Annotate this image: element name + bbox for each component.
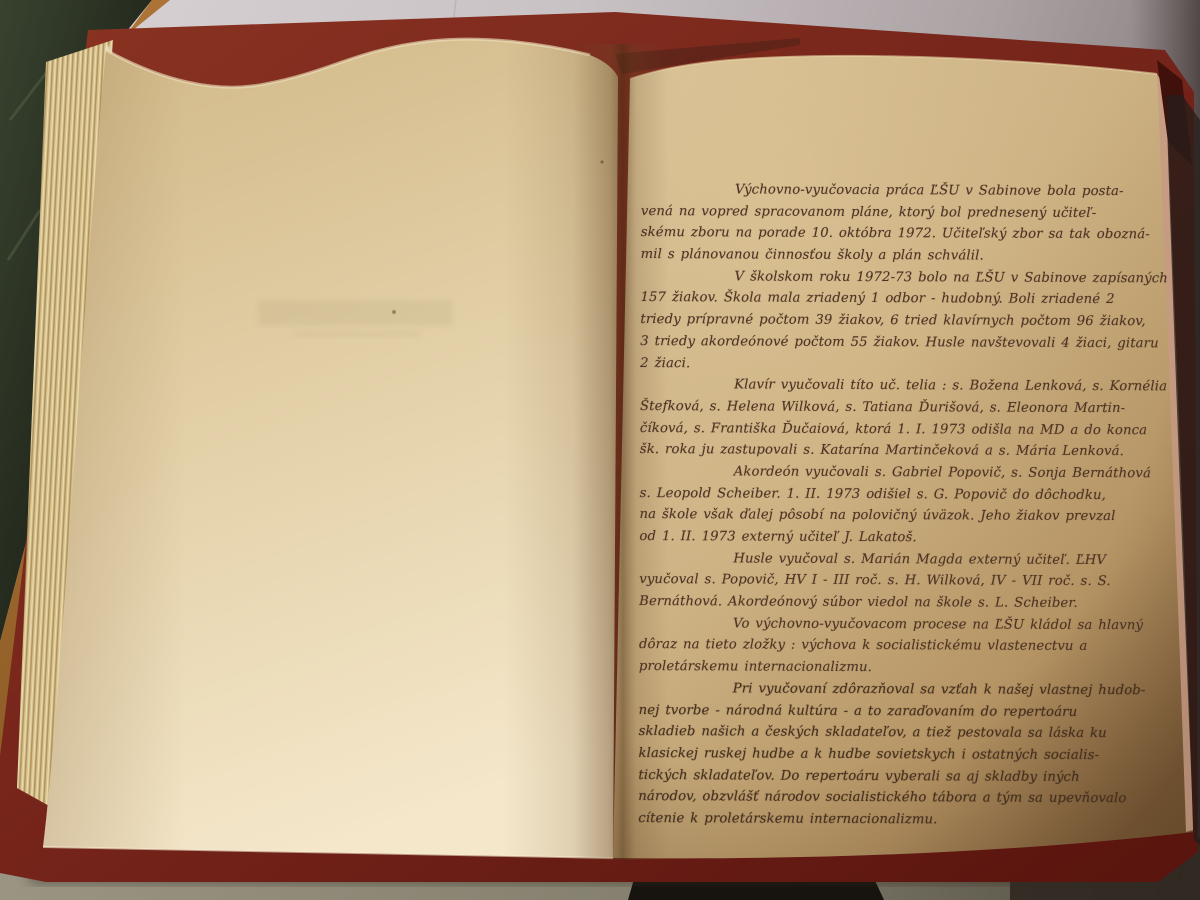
handwritten-line: mil s plánovanou činnosťou školy a plán … [641,244,1137,268]
handwritten-line: vená na vopred spracovanom pláne, ktorý … [641,201,1137,225]
handwritten-line: skému zboru na porade 10. októbra 1972. … [641,222,1137,246]
handwritten-line: Výchovno-vyučovacia práca ĽŠU v Sabinove… [641,179,1137,203]
handwritten-line: Vo výchovno-vyučovacom procese na ĽŠU kl… [639,613,1135,637]
page-speck [392,310,396,314]
handwritten-line: 2 žiaci. [640,352,1136,376]
handwritten-line: 3 triedy akordeónové počtom 55 žiakov. H… [640,331,1136,355]
handwritten-line: nej tvorbe - národná kultúra - a to zara… [639,699,1135,723]
handwritten-line: cítenie k proletárskemu internacionalizm… [638,808,1134,832]
handwritten-line: Štefková, s. Helena Wilková, s. Tatiana … [640,396,1136,420]
handwritten-line: Husle vyučoval s. Marián Magda externý u… [639,548,1135,572]
ghost-bleedthrough-smudge2 [295,330,420,338]
handwritten-line: vyučoval s. Popovič, HV I - III roč. s. … [639,569,1135,593]
handwritten-line: Akordeón vyučovali s. Gabriel Popovič, s… [640,461,1136,485]
handwritten-line: národov, obzvlášť národov socialistickéh… [638,786,1134,810]
handwritten-line: V školskom roku 1972-73 bolo na ĽŠU v Sa… [641,266,1137,290]
handwritten-line: skladieb našich a českých skladateľov, a… [639,721,1135,745]
handwritten-line: šk. roka ju zastupovali s. Katarína Mart… [640,439,1136,463]
handwritten-line: Pri vyučovaní zdôrazňoval sa vzťah k naš… [639,678,1135,702]
handwritten-line: Bernáthová. Akordeónový súbor viedol na … [639,591,1135,615]
right-page-handwritten-text: Výchovno-vyučovacia práca ĽŠU v Sabinove… [638,179,1137,832]
handwritten-line: proletárskemu internacionalizmu. [639,656,1135,680]
handwritten-line: 157 žiakov. Škola mala zriadený 1 odbor … [640,287,1136,311]
handwritten-line: klasickej ruskej hudbe a k hudbe soviets… [638,743,1134,767]
handwritten-line: na škole však ďalej pôsobí na polovičný … [639,504,1135,528]
handwritten-line: s. Leopold Scheiber. 1. II. 1973 odišiel… [640,483,1136,507]
handwritten-line: dôraz na tieto zložky : výchova k social… [639,634,1135,658]
left-page-shading [43,39,618,858]
handwritten-line: tických skladateľov. Do repertoáru vyber… [638,765,1134,789]
handwritten-line: číková, s. Františka Ďučaiová, ktorá 1. … [640,418,1136,442]
handwritten-line: triedy prípravné počtom 39 žiakov, 6 tri… [640,309,1136,333]
photo-open-chronicle-book: Výchovno-vyučovacia práca ĽŠU v Sabinove… [0,0,1200,900]
handwritten-line: od 1. II. 1973 externý učiteľ J. Lakatoš… [639,526,1135,550]
handwritten-line: Klavír vyučovali títo uč. telia : s. Bož… [640,374,1136,398]
ghost-bleedthrough-smudge [258,300,453,326]
